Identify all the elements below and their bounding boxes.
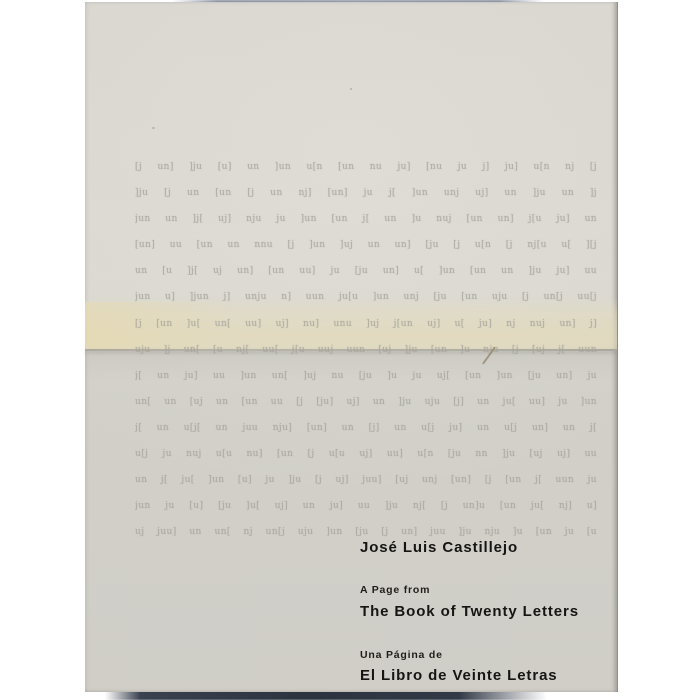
letter-row: j[ un ju] uu ]un un[ ]uj nu [ju ]u ju uj…: [135, 363, 597, 389]
letter-row: jun ju [u] [ju ]u[ uj] un ju] uu ]ju nj[…: [135, 493, 597, 519]
letter-row: j[ un u[j[ un juu nju] [un] un [j] un u[…: [135, 415, 597, 441]
letter-row: un j[ ju[ ]un [u] ju ]ju [j uj] juu] [uj…: [135, 467, 597, 493]
letter-row: [j un] ]ju [u] un ]un u[n [un nu ju] [nu…: [135, 154, 597, 180]
letter-row: jun un ]j[ uj] nju ju ]un [un j[ un ]u n…: [135, 206, 597, 232]
paper-sheet: [j un] ]ju [u] un ]un u[n [un nu ju] [nu…: [85, 2, 618, 692]
faint-letter-field: [j un] ]ju [u] un ]un u[n [un nu ju] [nu…: [135, 154, 597, 545]
author-name: José Luis Castillejo: [360, 539, 518, 556]
letter-row: jun u] ]jun j] unju n] uun ju[u ]un unj …: [135, 284, 597, 310]
letter-row: un[ un [uj un [un uu [j [ju] uj] un ]ju …: [135, 389, 597, 415]
photographed-artwork-page: [j un] ]ju [u] un ]un u[n [un nu ju] [nu…: [0, 0, 700, 700]
letter-row: ]ju [j un [un [j un nj] [un] ju j[ ]un u…: [135, 180, 597, 206]
letter-row: u[j ju nuj u[u nu] [un [j u[u uj] uu] u[…: [135, 441, 597, 467]
paper-speck: [152, 127, 155, 129]
letter-row: [j [un ]u[ un[ uu] uj] nu] unu ]uj j[un …: [135, 311, 597, 337]
caption-spanish: Una Página de: [360, 649, 443, 661]
title-english: The Book of Twenty Letters: [360, 603, 579, 620]
letter-row: un [u ]j[ uj un] [un uu] ju [ju un] u[ ]…: [135, 258, 597, 284]
letter-row: uju ]j un[ [u nj[ uu[ j[u uuj uun [uj ]j…: [135, 337, 597, 363]
paper-speck: [350, 88, 352, 90]
backdrop-edge-bottom: [105, 691, 547, 700]
title-spanish: El Libro de Veinte Letras: [360, 667, 558, 684]
caption-english: A Page from: [360, 584, 430, 596]
letter-row: [un] uu [un un nnu [j ]un ]uj un un] [ju…: [135, 232, 597, 258]
